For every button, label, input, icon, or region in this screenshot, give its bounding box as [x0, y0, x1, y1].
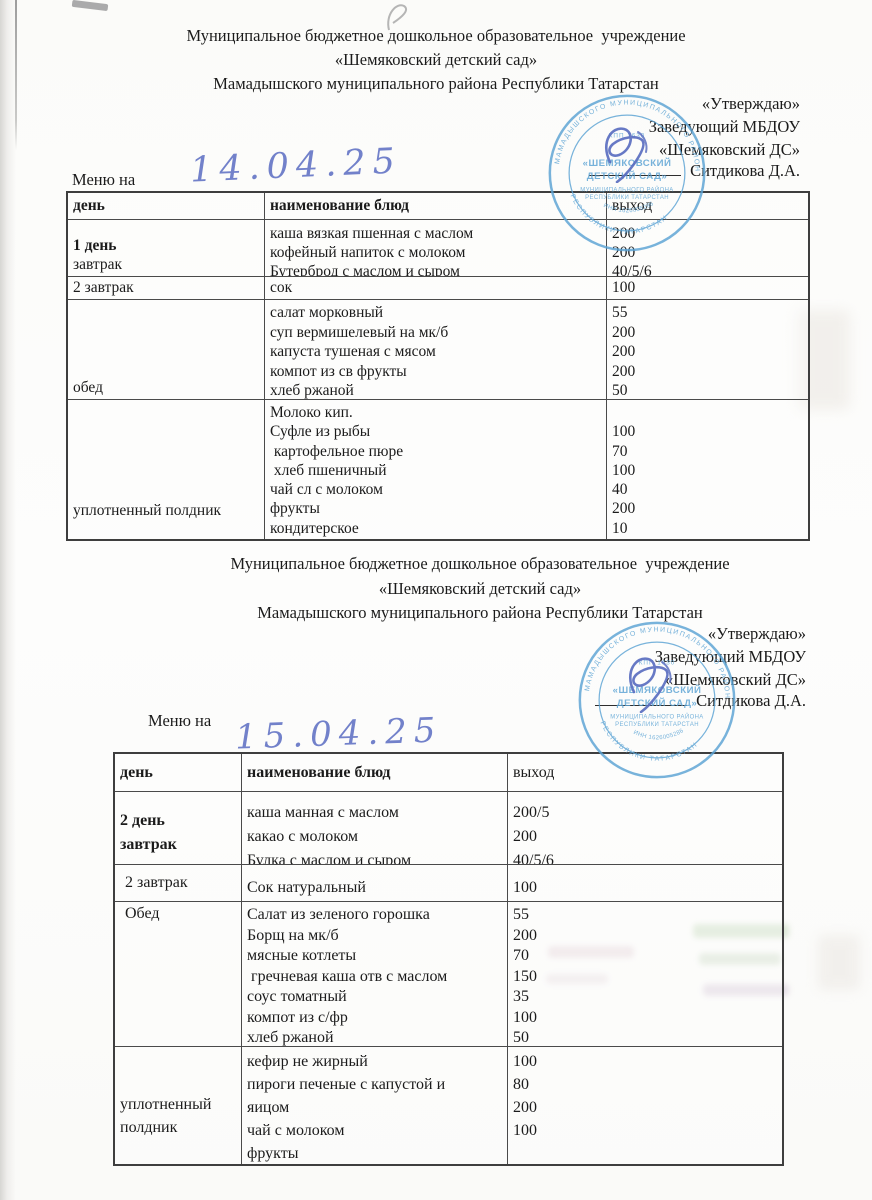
dishes-cell: Сок натуральный	[242, 865, 508, 901]
table-line: каша манная с маслом	[247, 801, 507, 825]
org-name-line2: «Шемяковский детский сад»	[0, 50, 872, 70]
table-line: 55	[612, 303, 808, 323]
table-row-second-breakfast: 2 завтрак Сок натуральный 100	[115, 865, 782, 902]
table-line: кондитерское	[270, 519, 606, 538]
table-row-breakfast: 2 деньзавтрак каша манная с масломкакао …	[115, 792, 782, 865]
table-line: какао с молоком	[247, 825, 507, 849]
table-row-second-breakfast: 2 завтрак сок 100	[68, 277, 808, 300]
table-line: чай с молоком	[247, 1119, 507, 1142]
table-line: Обед	[125, 905, 241, 923]
org-name-line3: Мамадышского муниципального района Респу…	[0, 603, 872, 623]
table-line: Суфле из рыбы	[270, 422, 606, 441]
approval-line: «Утверждаю»	[702, 94, 800, 114]
table-line: 2 день	[120, 809, 241, 833]
table-line: Борщ на мк/б	[247, 926, 507, 947]
svg-text:МУНИЦИПАЛЬНОГО РАЙОНА: МУНИЦИПАЛЬНОГО РАЙОНА	[610, 712, 703, 720]
table-line	[612, 403, 808, 422]
dishes-cell: каша манная с масломкакао с молокомБулка…	[242, 792, 508, 864]
table-line: 80	[513, 1073, 782, 1096]
org-name-line2: «Шемяковский детский сад»	[0, 579, 872, 599]
menu-table-day2: день наименование блюд выход 2 деньзавтр…	[113, 752, 784, 1166]
table-line: хлеб пшеничный	[270, 461, 606, 480]
table-line: компот из с/фр	[247, 1008, 507, 1029]
output-cell: 200/520040/5/6	[508, 792, 782, 864]
table-line: 200/5	[513, 801, 782, 825]
table-line: 70	[612, 442, 808, 461]
table-row-lunch: Обед Салат из зеленого горошкаБорщ на мк…	[115, 902, 782, 1047]
table-line: картофельное пюре	[270, 442, 606, 461]
table-line: 150	[513, 967, 782, 988]
table-line: Булка с маслом и сыром	[247, 849, 507, 864]
table-row-snack: уплотненный полдник Молоко кип.Суфле из …	[68, 400, 808, 539]
table-row-lunch: обед салат морковныйсуп вермишелевый на …	[68, 300, 808, 400]
day-cell: уплотненныйполдник	[115, 1047, 242, 1164]
table-line: 35	[513, 987, 782, 1008]
table-line: 40/5/6	[612, 262, 808, 276]
dishes-cell: сок	[265, 277, 607, 299]
table-line: 100	[513, 1008, 782, 1029]
table-line: 50	[612, 381, 808, 399]
table-line: 200	[612, 362, 808, 382]
handwritten-signature	[588, 118, 693, 183]
org-name-line1: Муниципальное бюджетное дошкольное образ…	[0, 26, 872, 46]
scan-smudge-mark	[72, 0, 109, 11]
table-line: обед	[73, 378, 264, 398]
table-line: сок	[270, 279, 606, 297]
svg-text:ИНН 1626005286: ИНН 1626005286	[602, 201, 655, 214]
day-cell: уплотненный полдник	[68, 400, 265, 539]
dishes-cell: Салат из зеленого горошкаБорщ на мк/бмяс…	[242, 902, 508, 1046]
table-line: 2 завтрак	[73, 279, 264, 297]
dishes-cell: салат морковныйсуп вермишелевый на мк/бк…	[265, 300, 607, 399]
table-line: хлеб ржаной	[270, 381, 606, 399]
menu-date-label: Меню на	[148, 711, 211, 731]
day-cell: обед	[68, 300, 265, 399]
bleed-through-artifact	[818, 935, 860, 990]
table-line: капуста тушеная с мясом	[270, 342, 606, 362]
table-line: Бутерброд с маслом и сыром	[270, 262, 606, 276]
table-line: 200	[513, 825, 782, 849]
output-cell: 10080200100	[508, 1047, 782, 1164]
table-line: Молоко кип.	[270, 403, 606, 422]
dishes-cell: кефир не жирныйпироги печеные с капустой…	[242, 1047, 508, 1164]
table-line: 2 завтрак	[125, 874, 241, 892]
table-line: 55	[513, 905, 782, 926]
output-cell: 5520020020050	[607, 300, 808, 399]
svg-text:МУНИЦИПАЛЬНОГО РАЙОНА: МУНИЦИПАЛЬНОГО РАЙОНА	[580, 185, 673, 193]
svg-text:РЕСПУБЛИКИ ТАТАРСТАН: РЕСПУБЛИКИ ТАТАРСТАН	[615, 722, 699, 728]
table-line: пироги печеные с капустой и	[247, 1073, 507, 1096]
table-line: 200	[513, 926, 782, 947]
header-day: день	[115, 754, 242, 791]
table-line: гречневая каша отв с маслом	[247, 967, 507, 988]
table-line: уплотненный	[120, 1093, 241, 1116]
table-line: 100	[612, 461, 808, 480]
table-line: 100	[513, 1119, 782, 1142]
table-line: фрукты	[247, 1142, 507, 1164]
table-line: салат морковный	[270, 303, 606, 323]
table-line: 100	[612, 422, 808, 441]
day-cell: 2 завтрак	[115, 865, 242, 901]
table-line: соус томатный	[247, 987, 507, 1008]
table-line: Салат из зеленого горошка	[247, 905, 507, 926]
table-line: завтрак	[120, 833, 241, 857]
scan-edge-shading	[0, 0, 16, 1200]
table-line: фрукты	[270, 499, 606, 518]
svg-text:ИНН 1626005286: ИНН 1626005286	[632, 728, 685, 741]
table-line: 100	[513, 1050, 782, 1073]
table-line: 200	[612, 323, 808, 343]
table-line: 40/5/6	[513, 849, 782, 864]
dishes-cell: Молоко кип.Суфле из рыбы картофельное пю…	[265, 400, 607, 539]
table-line: 40	[612, 480, 808, 499]
menu-date-label: Меню на	[72, 170, 135, 190]
org-name-line1: Муниципальное бюджетное дошкольное образ…	[0, 554, 872, 574]
table-line: 100	[513, 879, 782, 897]
table-line: 70	[513, 946, 782, 967]
output-cell: 100701004020010	[607, 400, 808, 539]
handwritten-signature	[612, 648, 717, 713]
table-line: 50	[513, 1028, 782, 1046]
day-cell: 2 деньзавтрак	[115, 792, 242, 864]
scanned-menu-document: Муниципальное бюджетное дошкольное образ…	[0, 0, 872, 1200]
day-cell: 2 завтрак	[68, 277, 265, 299]
handwritten-date: 14.04.25	[189, 141, 402, 190]
handwritten-date: 15.04.25	[234, 710, 443, 757]
table-line: уплотненный полдник	[73, 501, 264, 520]
table-line: полдник	[120, 1116, 241, 1139]
table-line: кефир не жирный	[247, 1050, 507, 1073]
table-line: чай сл с молоком	[270, 480, 606, 499]
table-line: 100	[612, 279, 808, 297]
table-line: суп вермишелевый на мк/б	[270, 323, 606, 343]
table-line: компот из св фрукты	[270, 362, 606, 382]
svg-text:РЕСПУБЛИКИ ТАТАРСТАН: РЕСПУБЛИКИ ТАТАРСТАН	[585, 195, 669, 201]
output-cell: 100	[607, 277, 808, 299]
table-line: мясные котлеты	[247, 946, 507, 967]
table-line: завтрак	[73, 255, 264, 274]
table-line: 1 день	[73, 236, 264, 255]
output-cell: 55200701503510050	[508, 902, 782, 1046]
day-cell: 1 деньзавтрак	[68, 220, 265, 276]
table-row-snack: уплотненныйполдник кефир не жирныйпироги…	[115, 1047, 782, 1164]
table-line: 10	[612, 519, 808, 538]
table-line: 200	[612, 499, 808, 518]
table-line: 200	[612, 342, 808, 362]
day-cell: Обед	[115, 902, 242, 1046]
org-name-line3: Мамадышского муниципального района Респу…	[0, 74, 872, 94]
table-line: Сок натуральный	[247, 879, 507, 897]
table-line: 200	[513, 1096, 782, 1119]
header-day: день	[68, 193, 265, 219]
output-cell: 100	[508, 865, 782, 901]
table-line: хлеб ржаной	[247, 1028, 507, 1046]
table-line: яицом	[247, 1096, 507, 1119]
header-dishes: наименование блюд	[242, 754, 508, 791]
